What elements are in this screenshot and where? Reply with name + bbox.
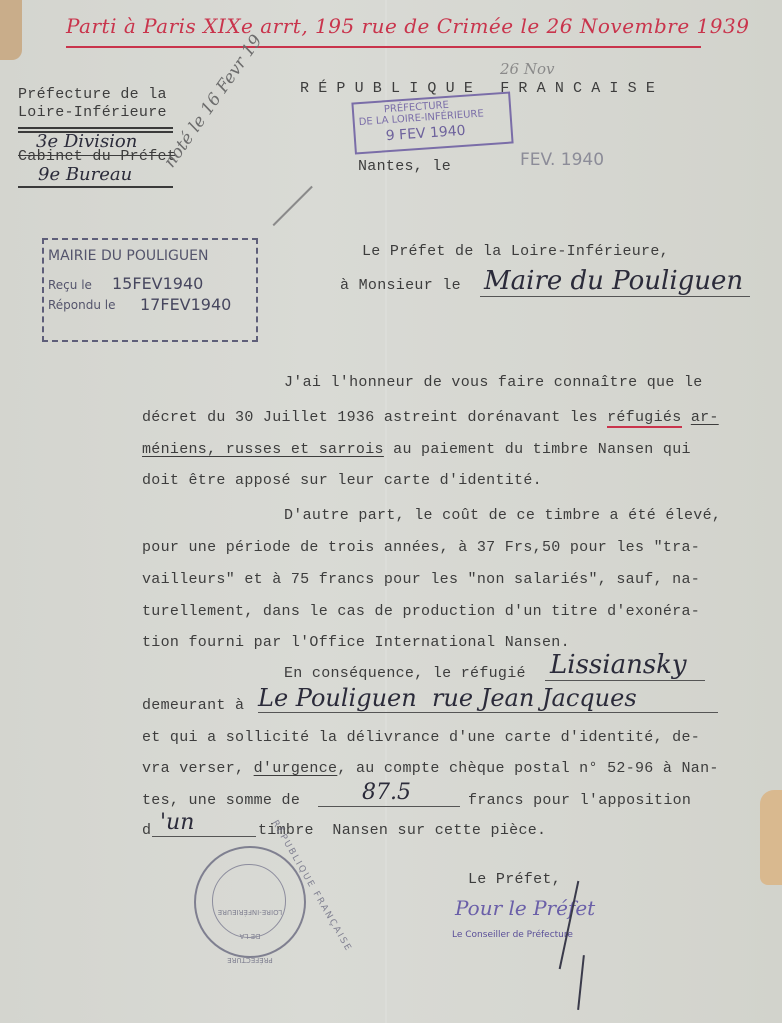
pencil-margin-note: noté le 16 Fevr 19: [160, 31, 266, 171]
pencil-note-top: 26 Nov: [500, 60, 555, 78]
divider-line: [18, 186, 173, 188]
body-p2-line4: turellement, dans le cas de production d…: [142, 603, 700, 620]
text: au paiement du timbre Nansen qui: [384, 441, 691, 458]
armeniens-underlined: ar-: [691, 409, 719, 426]
struck-cabinet-text: Cabinet du Préfet: [18, 148, 176, 165]
address-line: [258, 712, 718, 713]
paper-stain: [0, 0, 22, 60]
repondu-date: 17FEV1940: [140, 295, 231, 314]
mairie-stamp-title: MAIRIE DU POULIGUEN: [48, 248, 208, 264]
handwritten-bureau: 9e Bureau: [38, 164, 132, 185]
body-p1-line3: méniens, russes et sarrois au paiement d…: [142, 441, 691, 458]
body-p3-line2: demeurant à: [142, 697, 244, 714]
text: vra verser,: [142, 760, 254, 777]
place-date-prefix: Nantes, le: [358, 158, 451, 175]
date-stamp: FEV. 1940: [520, 150, 604, 170]
signature-stamp-role: Le Conseiller de Préfecture: [452, 930, 573, 940]
stamp-date: 9 FEV 1940: [385, 123, 466, 145]
refugee-name-handwritten: Lissiansky: [550, 650, 687, 680]
body-p2-line3: vailleurs" et à 75 francs pour les "non …: [142, 571, 700, 588]
recu-label: Reçu le: [48, 278, 92, 292]
round-seal: PRÉFECTURE DE LA LOIRE-INFÉRIEURE RÉPUBL…: [194, 846, 306, 958]
body-p2-line2: pour une période de trois années, à 37 F…: [142, 539, 700, 556]
body-p3-line5-prefix: tes, une somme de: [142, 792, 300, 809]
sender-line: Le Préfet de la Loire-Inférieure,: [362, 243, 669, 260]
refugee-name-line: [545, 680, 705, 681]
article-handwritten: 'un: [160, 810, 194, 835]
signature-title: Le Préfet,: [468, 871, 561, 888]
body-p3-line1: En conséquence, le réfugié: [284, 665, 526, 682]
text: , au compte chèque postal n° 52-96 à Nan…: [337, 760, 718, 777]
prefecture-name-line2: Loire-Inférieure: [18, 104, 167, 121]
prefecture-name-line1: Préfecture de la: [18, 86, 167, 103]
body-p1-line2: décret du 30 Juillet 1936 astreint dorén…: [142, 409, 719, 426]
top-handwritten-annotation: Parti à Paris XIXe arrt, 195 rue de Crim…: [66, 14, 749, 38]
body-p3-line3: et qui a sollicité la délivrance d'une c…: [142, 729, 700, 746]
recipient-prefix: à Monsieur le: [340, 277, 461, 294]
body-p1-line1: J'ai l'honneur de vous faire connaître q…: [284, 374, 703, 391]
seal-inner3: LOIRE-INFÉRIEURE: [204, 908, 296, 916]
body-p2-line1: D'autre part, le coût de ce timbre a été…: [284, 507, 721, 524]
document-page: Parti à Paris XIXe arrt, 195 rue de Crim…: [0, 0, 782, 1023]
refugies-underlined: réfugiés: [607, 409, 681, 428]
pencil-stroke: [273, 186, 313, 226]
recipient-line: [480, 296, 750, 297]
article-line: [152, 836, 256, 837]
address-handwritten: Le Pouliguen rue Jean Jacques: [258, 684, 637, 712]
amount-line: [318, 806, 460, 807]
text: décret du 30 Juillet 1936 astreint dorén…: [142, 409, 607, 426]
body-p3-line6-prefix: d: [142, 822, 151, 839]
body-p3-line5-suffix: francs pour l'apposition: [468, 792, 691, 809]
seal-inner-text: PRÉFECTURE DE LA LOIRE-INFÉRIEURE: [204, 892, 296, 980]
mairie-received-stamp: MAIRIE DU POULIGUEN Reçu le 15FEV1940 Ré…: [42, 238, 258, 342]
divider-line: [18, 127, 173, 129]
body-p3-line4: vra verser, d'urgence, au compte chèque …: [142, 760, 719, 777]
seal-inner1: PRÉFECTURE: [204, 956, 296, 964]
urgence-underlined: d'urgence: [254, 760, 338, 777]
top-annotation-underline: [66, 46, 701, 48]
text: [682, 409, 691, 426]
recu-date: 15FEV1940: [112, 274, 203, 293]
recipient-handwritten: Maire du Pouliguen: [484, 266, 743, 296]
prefecture-received-stamp: PRÉFECTURE DE LA LOIRE-INFÉRIEURE 9 FEV …: [351, 92, 513, 155]
body-p3-line6-suffix: timbre Nansen sur cette pièce.: [258, 822, 546, 839]
paper-tear: [760, 790, 782, 885]
body-p1-line4: doit être apposé sur leur carte d'identi…: [142, 472, 542, 489]
seal-inner2: DE LA: [204, 932, 296, 940]
signature-stroke: [577, 955, 584, 1010]
amount-handwritten: 87.5: [362, 780, 411, 805]
body-p2-line5: tion fourni par l'Office International N…: [142, 634, 570, 651]
signature-stroke: [559, 881, 580, 969]
nationalities-underlined: méniens, russes et sarrois: [142, 441, 384, 458]
repondu-label: Répondu le: [48, 298, 116, 312]
